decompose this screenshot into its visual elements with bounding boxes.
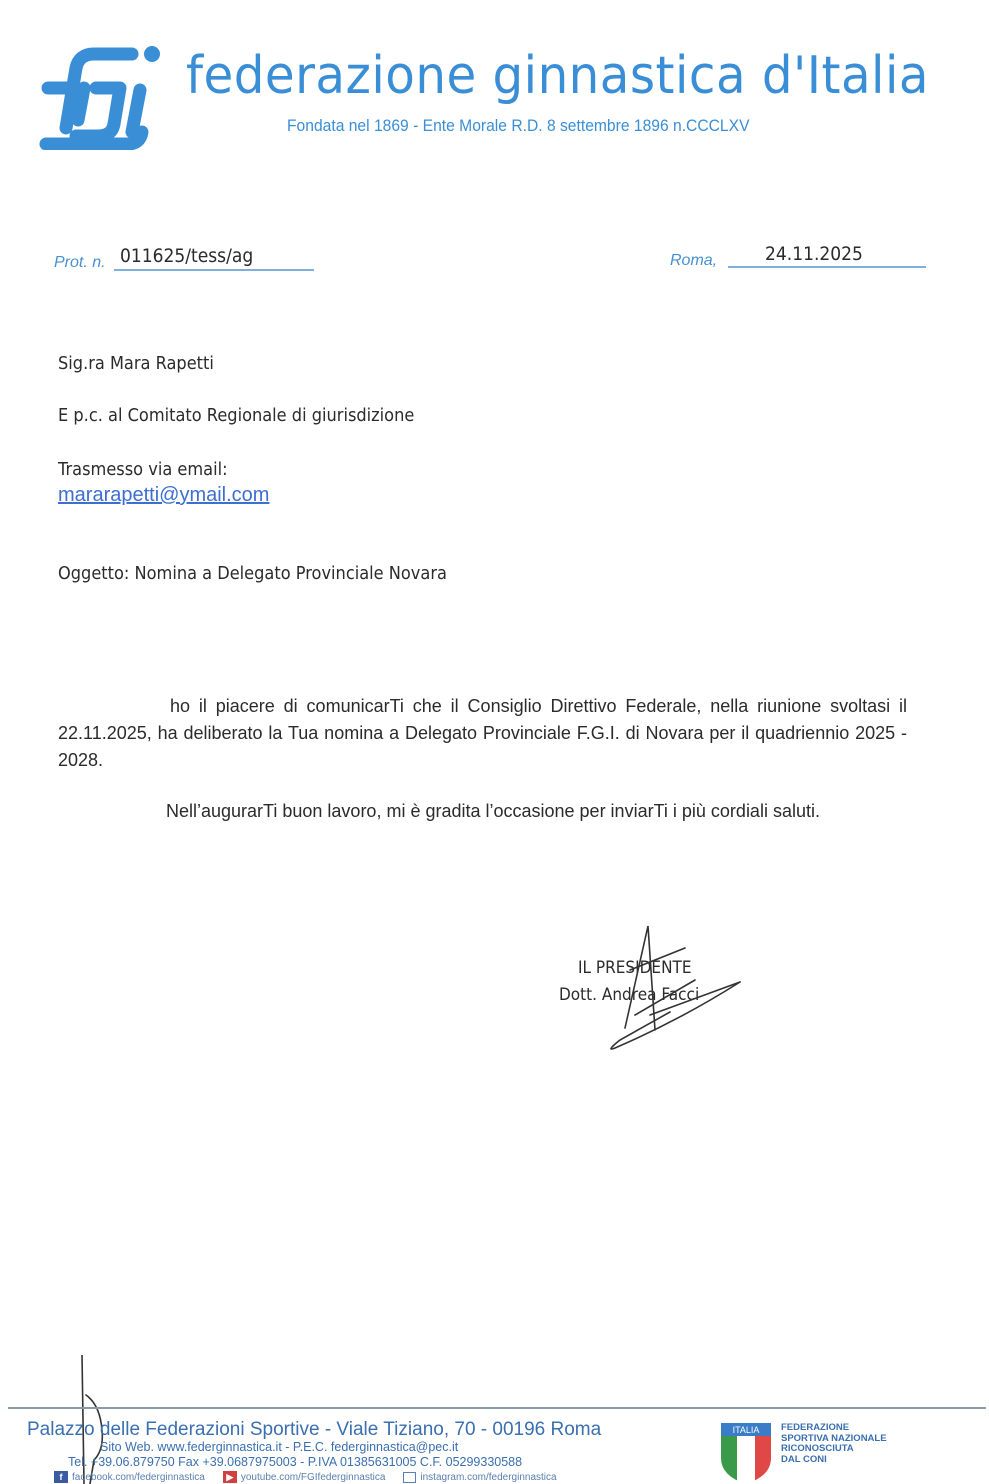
- social-youtube[interactable]: ▶ youtube.com/FGIfederginnastica: [223, 1471, 386, 1483]
- letter-date: 24.11.2025: [765, 243, 863, 265]
- facebook-link-text: facebook.com/federginnastica: [72, 1472, 205, 1483]
- fgi-logo: [36, 40, 162, 150]
- signatory-name: Dott. Andrea Facci: [559, 985, 699, 1005]
- protocol-underline: [114, 269, 314, 271]
- body-paragraph-2: Nell’augurarTi buon lavoro, mi è gradita…: [58, 798, 907, 825]
- date-label: Roma,: [670, 252, 717, 270]
- social-instagram[interactable]: instagram.com/federginnastica: [403, 1471, 556, 1483]
- sent-via-label: Trasmesso via email:: [58, 459, 228, 480]
- letter-subject: Oggetto: Nomina a Delegato Provinciale N…: [58, 563, 447, 584]
- footer-social-links: f facebook.com/federginnastica ▶ youtube…: [54, 1471, 557, 1483]
- footer-contacts: Tel. +39.06.879750 Fax +39.0687975003 - …: [68, 1455, 522, 1469]
- footer-address: Palazzo delle Federazioni Sportive - Via…: [27, 1419, 601, 1441]
- social-facebook[interactable]: f facebook.com/federginnastica: [54, 1471, 205, 1483]
- protocol-label: Prot. n.: [54, 254, 106, 272]
- youtube-link-text: youtube.com/FGIfederginnastica: [241, 1472, 386, 1483]
- date-underline: [728, 266, 926, 268]
- footer-web-pec: Sito Web. www.federginnastica.it - P.E.C…: [100, 1440, 458, 1454]
- youtube-icon: ▶: [223, 1471, 237, 1483]
- instagram-link-text: instagram.com/federginnastica: [420, 1472, 556, 1483]
- facebook-icon: f: [54, 1471, 68, 1483]
- recipient-email-link[interactable]: mararapetti@ymail.com: [58, 484, 269, 507]
- instagram-icon: [403, 1472, 416, 1483]
- recipient: Sig.ra Mara Rapetti: [58, 353, 214, 374]
- svg-text:ITALIA: ITALIA: [733, 1425, 760, 1435]
- protocol-number: 011625/tess/ag: [120, 245, 253, 267]
- signatory-title: IL PRESIDENTE: [578, 958, 692, 978]
- carbon-copy: E p.c. al Comitato Regionale di giurisdi…: [58, 405, 414, 426]
- organization-subtitle: Fondata nel 1869 - Ente Morale R.D. 8 se…: [287, 116, 750, 136]
- organization-name: federazione ginnastica d'Italia: [186, 46, 929, 106]
- coni-recognition-text: FEDERAZIONE SPORTIVA NAZIONALE RICONOSCI…: [781, 1423, 887, 1465]
- italia-shield-icon: ITALIA: [720, 1422, 772, 1484]
- footer-divider: [8, 1407, 986, 1409]
- body-paragraph-1: ho il piacere di comunicarTi che il Cons…: [58, 693, 907, 774]
